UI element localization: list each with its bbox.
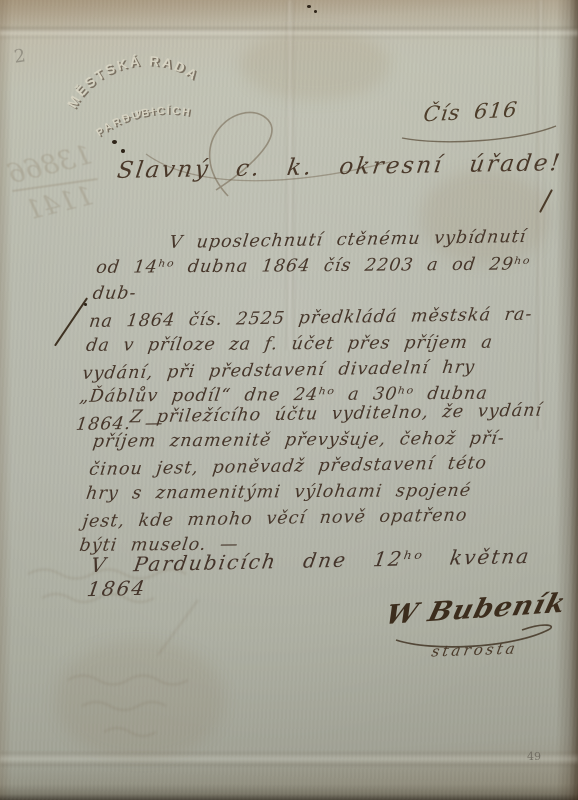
- document-page: MĚSTSKÁ RADA — V — PARDUBICÍCH MĚSTSKÁ R…: [0, 0, 578, 800]
- margin-check-mark: [54, 297, 88, 346]
- pencil-number-top-left: 2: [13, 45, 27, 67]
- paper-stain: [240, 30, 390, 100]
- file-number-flourish: [398, 122, 563, 148]
- bleedthrough-numbers: 13866 1141: [0, 136, 117, 234]
- body-paragraph-2: Z přiležícího účtu vyditelno, že vydání …: [78, 399, 569, 560]
- manuscript-line: od 14ʰᵒ dubna 1864 čís 2203 a od 29ʰᵒ du…: [91, 252, 568, 308]
- ink-speck: [307, 5, 311, 8]
- ink-speck: [121, 149, 125, 153]
- ink-speck: [112, 140, 117, 144]
- paper-crease-horizontal-bottom: [0, 752, 578, 766]
- paper-stain: [55, 640, 225, 760]
- pencil-page-number: 49: [527, 750, 541, 763]
- signature-title: starosta: [430, 640, 519, 661]
- calligraphic-flourish: [128, 92, 408, 202]
- margin-stroke-mark: [539, 189, 553, 213]
- ink-speck: [314, 10, 317, 13]
